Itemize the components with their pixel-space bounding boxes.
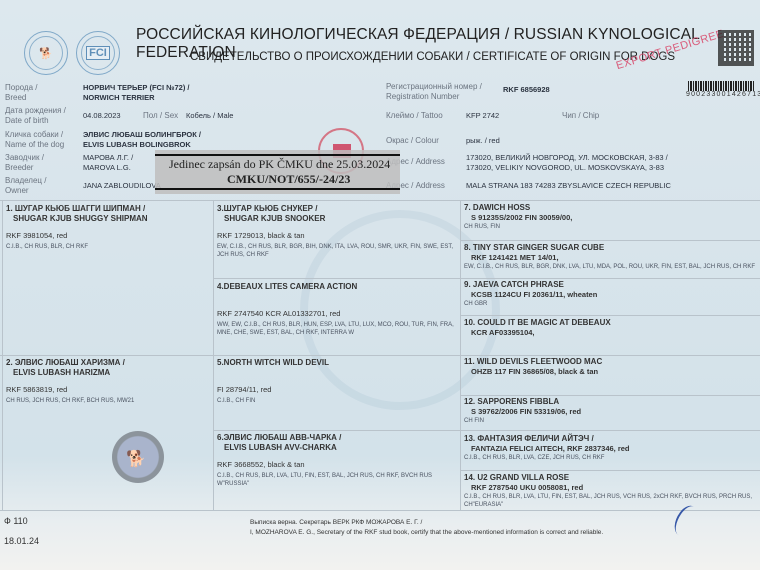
grid-line-gen3-a (460, 240, 760, 241)
gen3-ancestor-8: 8. TINY STAR GINGER SUGAR CUBE RKF 12414… (464, 243, 758, 271)
cmku-registration-number: CMKU/NOT/655/-24/23 (227, 172, 350, 187)
maternal-granddam-cell: 6.ЭЛВИС ЛЮБАШ АВВ-ЧАРКА / ELVIS LUBASH A… (217, 433, 457, 488)
dam-cell: 2. ЭЛВИС ЛЮБАШ ХАРИЗМА / ELVIS LUBASH HA… (6, 358, 206, 405)
dog-name-value: ЭЛВИС ЛЮБАШ БОЛИНГБРОК /ELVIS LUBASH BOL… (83, 130, 201, 150)
gen3-ancestor-12: 12. SAPPORENS FIBBLA S 39762/2006 FIN 53… (464, 397, 758, 425)
gen3-ancestor-9: 9. JAEVA CATCH PHRASE KCSB 1124CU FI 203… (464, 280, 758, 308)
chip-barcode-icon (688, 81, 754, 91)
certification-text-ru: Выписка верна. Секретарь ВЕРК РКФ МОЖАРО… (250, 519, 422, 526)
gen3-ancestor-10: 10. COULD IT BE MAGIC AT DEBEAUX KCR AF0… (464, 318, 758, 338)
form-number: Ф 110 (4, 516, 28, 526)
breeder-value: МАРОВА Л.Г. /MAROVA L.G. (83, 153, 133, 173)
colour-value: рыж. / red (466, 136, 500, 146)
qr-code-icon (718, 30, 754, 66)
dob-value: 04.08.2023 (83, 111, 121, 121)
chip-label: Чип / Chip (562, 111, 599, 121)
gen3-ancestor-13: 13. ФАНТАЗИЯ ФЕЛИЧИ АЙТЭЧ / FANTAZIA FEL… (464, 434, 758, 462)
colour-label: Окрас / Colour (386, 136, 439, 146)
grid-line-gen3-d (460, 470, 760, 471)
breed-label: Порода /Breed (5, 83, 37, 103)
registration-label: Регистрационный номер /Registration Numb… (386, 82, 482, 102)
sire-cell: 1. ШУГАР КЬЮБ ШАГГИ ШИПМАН / SHUGAR KJUB… (6, 204, 206, 251)
dob-label: Дата рождения /Date of birth (5, 106, 66, 126)
grid-middle-line (0, 355, 760, 356)
certificate-title: СВИДЕТЕЛЬСТВО О ПРОИСХОЖДЕНИИ СОБАКИ / C… (190, 51, 675, 63)
gen3-ancestor-7: 7. DAWICH HOSS S 91235S/2002 FIN 30059/0… (464, 203, 758, 231)
tattoo-value: KFP 2742 (466, 111, 499, 121)
grid-line-gen2-a (213, 278, 760, 279)
owner-value: JANA ZABLOUDILOVA (83, 181, 161, 191)
maternal-grandsire-cell: 5.NORTH WITCH WILD DEVIL FI 28794/11, re… (217, 358, 457, 405)
sex-value: Кобель / Male (186, 111, 233, 121)
breed-value: НОРВИЧ ТЕРЬЕР (FCI №72) /NORWICH TERRIER (83, 83, 190, 103)
certification-text-en: I, MOZHAROVA E. G., Secretary of the RKF… (250, 529, 603, 536)
breeder-address-value: 173020, ВЕЛИКИЙ НОВГОРОД, УЛ. МОСКОВСКАЯ… (466, 153, 668, 173)
grid-top-border (0, 200, 760, 201)
grid-line-gen3-c (460, 395, 760, 396)
grid-line-gen3-b (460, 315, 760, 316)
rkf-logo-icon: 🐕 (24, 31, 68, 75)
owner-label: Владелец /Owner (5, 176, 46, 196)
sex-label: Пол / Sex (143, 111, 178, 121)
paternal-granddam-cell: 4.DEBEAUX LITES CAMERA ACTION RKF 274754… (217, 282, 457, 337)
gen3-ancestor-11: 11. WILD DEVILS FLEETWOOD MAC OHZB 117 F… (464, 357, 758, 377)
chip-number: 900233001426713 (686, 91, 760, 98)
breeder-label: Заводчик /Breeder (5, 153, 44, 173)
tattoo-label: Клеймо / Tattoo (386, 111, 443, 121)
registration-number: RKF 6856928 (503, 85, 550, 95)
issue-date: 18.01.24 (4, 536, 39, 546)
pedigree-certificate: 🐕 FCI РОССИЙСКАЯ КИНОЛОГИЧЕСКАЯ ФЕДЕРАЦИ… (0, 0, 760, 570)
cmku-registration-overlay: Jedinec zapsán do PK ČMKU dne 25.03.2024… (155, 150, 400, 194)
owner-address-value: MALA STRANA 183 74283 ZBYSLAVICE CZECH R… (466, 181, 671, 191)
dog-name-label: Кличка собаки /Name of the dog (5, 130, 64, 150)
cmku-registration-text: Jedinec zapsán do PK ČMKU dne 25.03.2024 (169, 157, 390, 172)
rkf-hologram-seal-icon: 🐕 (112, 431, 164, 483)
paternal-grandsire-cell: 3.ШУГАР КЬЮБ СНУКЕР / SHUGAR KJUB SNOOKE… (217, 204, 457, 259)
grid-bottom-border (0, 510, 760, 511)
grid-line-gen2-b (213, 430, 760, 431)
fci-logo-icon: FCI (76, 31, 120, 75)
gen3-ancestor-14: 14. U2 GRAND VILLA ROSE RKF 2787540 UKU … (464, 473, 758, 509)
